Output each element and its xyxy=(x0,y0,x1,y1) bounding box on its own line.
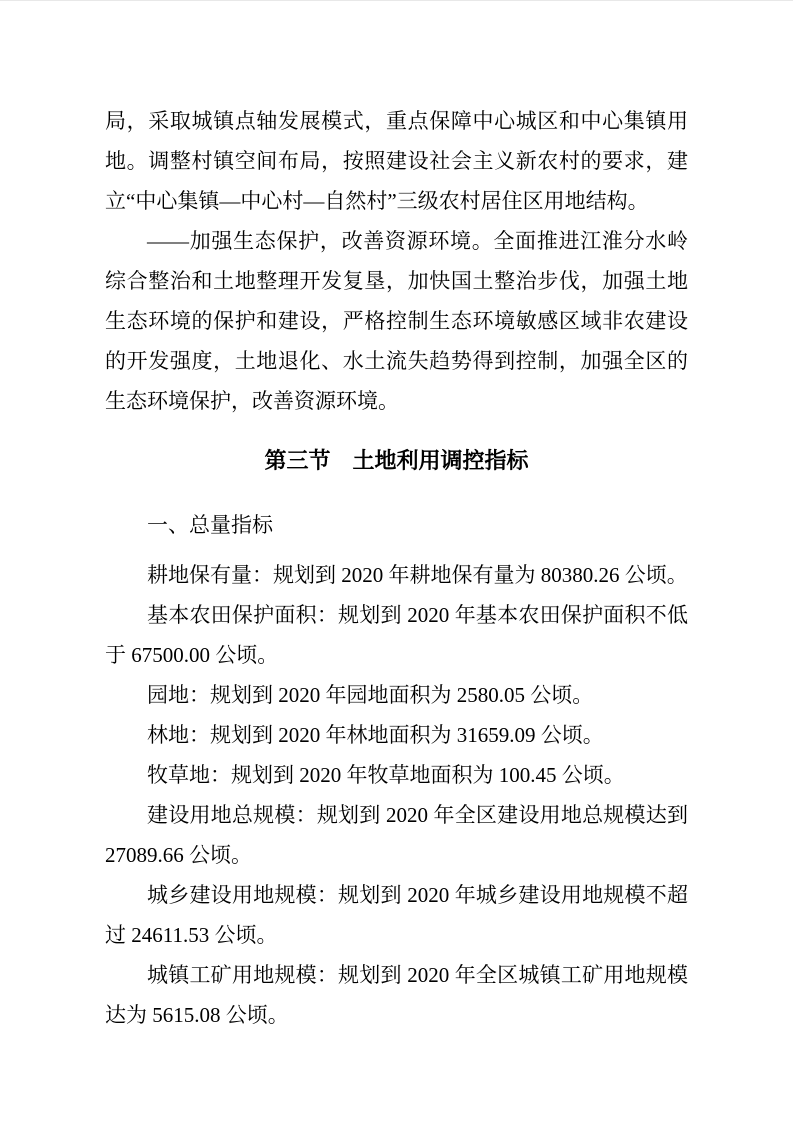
indicator-garden-land: 园地：规划到 2020 年园地面积为 2580.05 公顷。 xyxy=(105,675,688,715)
document-page: 局，采取城镇点轴发展模式，重点保障中心城区和中心集镇用地。调整村镇空间布局，按照… xyxy=(0,0,793,1122)
subsection-heading-total-indicators: 一、总量指标 xyxy=(105,505,688,545)
paragraph-urban-layout-continuation: 局，采取城镇点轴发展模式，重点保障中心城区和中心集镇用地。调整村镇空间布局，按照… xyxy=(105,101,688,221)
indicator-construction-land-total: 建设用地总规模：规划到 2020 年全区建设用地总规模达到 27089.66 公… xyxy=(105,795,688,875)
indicator-urban-rural-construction-land: 城乡建设用地规模：规划到 2020 年城乡建设用地规模不超过 24611.53 … xyxy=(105,875,688,955)
indicator-arable-land-retention: 耕地保有量：规划到 2020 年耕地保有量为 80380.26 公顷。 xyxy=(105,555,688,595)
indicator-grassland: 牧草地：规划到 2020 年牧草地面积为 100.45 公顷。 xyxy=(105,755,688,795)
paragraph-ecological-protection: ——加强生态保护，改善资源环境。全面推进江淮分水岭综合整治和土地整理开发复垦，加… xyxy=(105,221,688,421)
indicator-urban-industrial-mining-land: 城镇工矿用地规模：规划到 2020 年全区城镇工矿用地规模达为 5615.08 … xyxy=(105,955,688,1035)
indicator-basic-farmland-protection: 基本农田保护面积：规划到 2020 年基本农田保护面积不低于 67500.00 … xyxy=(105,595,688,675)
indicator-forest-land: 林地：规划到 2020 年林地面积为 31659.09 公顷。 xyxy=(105,715,688,755)
section-heading: 第三节 土地利用调控指标 xyxy=(105,441,688,481)
